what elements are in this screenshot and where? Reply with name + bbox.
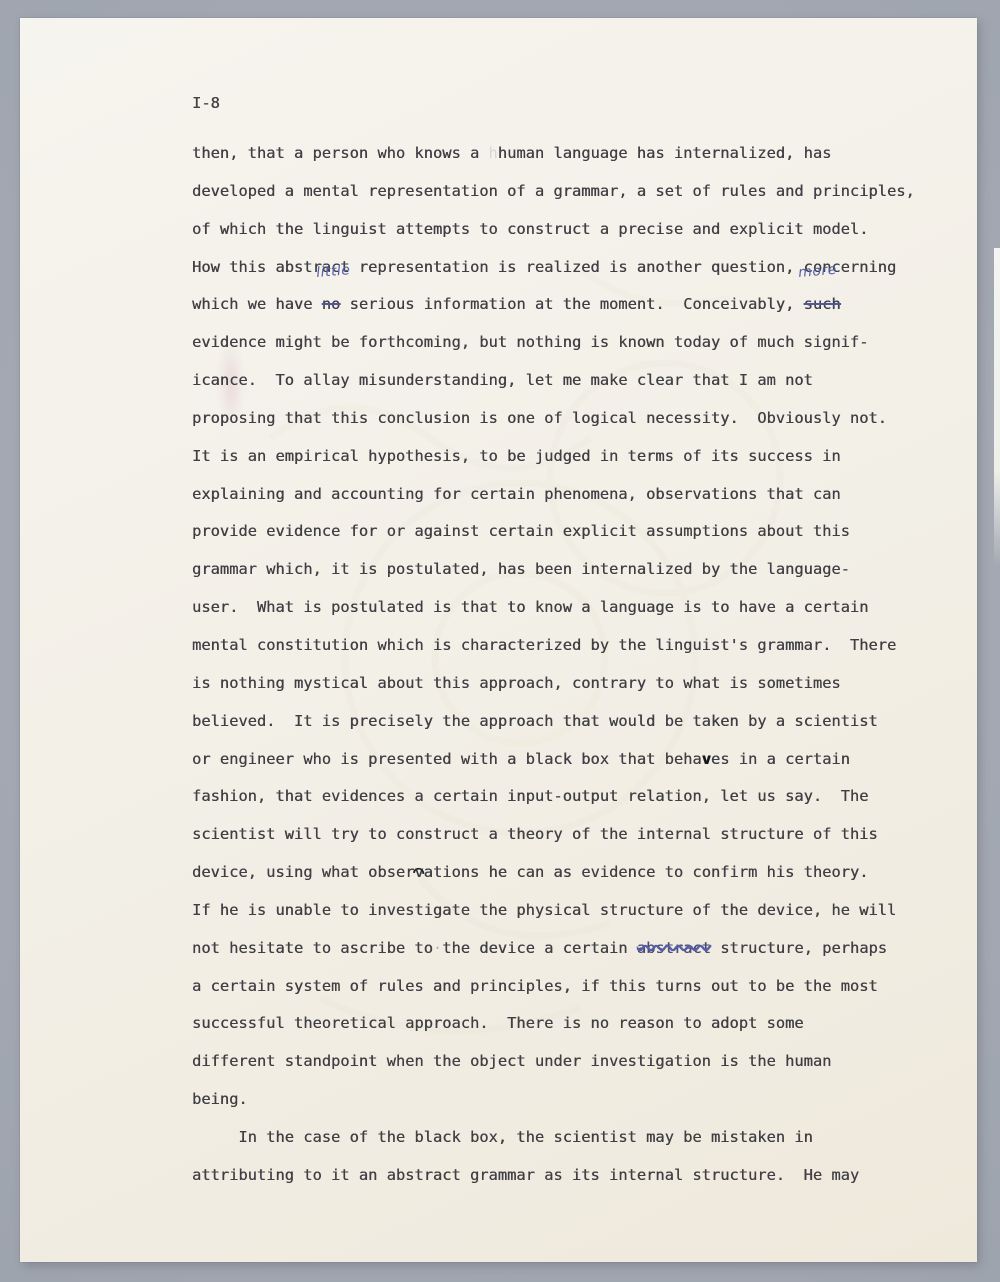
text-run: explaining and accounting for certain ph… bbox=[192, 485, 841, 503]
text-run: device, using what obser bbox=[192, 863, 414, 881]
text-line: device, using what observa◠tions he can … bbox=[192, 854, 962, 892]
text-line: being. bbox=[192, 1081, 962, 1119]
text-run: provide evidence for or against certain … bbox=[192, 522, 850, 540]
text-run: mental constitution which is characteriz… bbox=[192, 636, 896, 654]
text-line: is nothing mystical about this approach,… bbox=[192, 665, 962, 703]
text-line: scientist will try to construct a theory… bbox=[192, 816, 962, 854]
page-number: I-8 bbox=[192, 94, 220, 112]
text-line: of which the linguist attempts to constr… bbox=[192, 211, 962, 249]
text-line: icance. To allay misunderstanding, let m… bbox=[192, 362, 962, 400]
text-run: In the case of the black box, the scient… bbox=[192, 1128, 813, 1146]
text-run: proposing that this conclusion is one of… bbox=[192, 409, 887, 427]
text-run: evidence might be forthcoming, but nothi… bbox=[192, 333, 868, 351]
text-line: explaining and accounting for certain ph… bbox=[192, 476, 962, 514]
text-line: or engineer who is presented with a blac… bbox=[192, 741, 962, 779]
text-line: grammar which, it is postulated, has bee… bbox=[192, 551, 962, 589]
text-run: user. What is postulated is that to know… bbox=[192, 598, 868, 616]
text-run: being. bbox=[192, 1090, 248, 1108]
text-line: successful theoretical approach. There i… bbox=[192, 1005, 962, 1043]
text-line: How this abstract representation is real… bbox=[192, 249, 962, 287]
text-run: va◠ bbox=[414, 863, 433, 881]
scanner-background: I-8 then, that a person who knows a hhum… bbox=[0, 0, 1000, 1282]
text-run: scientist will try to construct a theory… bbox=[192, 825, 878, 843]
text-run: grammar which, it is postulated, has bee… bbox=[192, 560, 850, 578]
text-run: then, that a person who knows a bbox=[192, 144, 479, 162]
text-line: different standpoint when the object und… bbox=[192, 1043, 962, 1081]
struck-word: nolittle bbox=[322, 295, 341, 313]
text-run: not hesitate to ascribe to bbox=[192, 939, 433, 957]
text-line: In the case of the black box, the scient… bbox=[192, 1119, 962, 1157]
text-line: believed. It is precisely the approach t… bbox=[192, 703, 962, 741]
adjacent-page-edge bbox=[994, 248, 1000, 566]
text-run: It is an empirical hypothesis, to be jud… bbox=[192, 447, 841, 465]
text-run: If he is unable to investigate the physi… bbox=[192, 901, 896, 919]
text-run: human language has internalized, has bbox=[498, 144, 832, 162]
text-run: or engineer who is presented with a blac… bbox=[192, 750, 702, 768]
text-run: believed. It is precisely the approach t… bbox=[192, 712, 878, 730]
text-line: evidence might be forthcoming, but nothi… bbox=[192, 324, 962, 362]
text-run: is nothing mystical about this approach,… bbox=[192, 674, 841, 692]
text-run: structure, perhaps bbox=[711, 939, 887, 957]
text-run: of which the linguist attempts to constr… bbox=[192, 220, 868, 238]
text-run: which we have bbox=[192, 295, 322, 313]
handwritten-insertion: little bbox=[314, 252, 351, 293]
text-run: a certain system of rules and principles… bbox=[192, 977, 878, 995]
text-line: user. What is postulated is that to know… bbox=[192, 589, 962, 627]
text-run: successful theoretical approach. There i… bbox=[192, 1014, 804, 1032]
text-line: provide evidence for or against certain … bbox=[192, 513, 962, 551]
scribbled-word: abstract bbox=[637, 939, 711, 957]
text-run: icance. To allay misunderstanding, let m… bbox=[192, 371, 813, 389]
text-line: fashion, that evidences a certain input-… bbox=[192, 778, 962, 816]
text-line: not hesitate to ascribe to·the device a … bbox=[192, 930, 962, 968]
text-block: then, that a person who knows a hhuman l… bbox=[192, 135, 962, 1195]
correction-mark-icon: ◠ bbox=[411, 854, 426, 893]
text-run: es in a certain bbox=[711, 750, 850, 768]
text-line: which we have nolittle serious informati… bbox=[192, 286, 962, 324]
text-run: How this abstract representation is real… bbox=[192, 258, 896, 276]
text-line: If he is unable to investigate the physi… bbox=[192, 892, 962, 930]
text-run: different standpoint when the object und… bbox=[192, 1052, 831, 1070]
handwritten-insertion: more bbox=[796, 251, 838, 292]
text-run: the device a certain bbox=[442, 939, 637, 957]
text-run: serious information at the moment. Conce… bbox=[340, 295, 803, 313]
text-run: fashion, that evidences a certain input-… bbox=[192, 787, 868, 805]
struck-word: suchmore bbox=[804, 295, 841, 313]
text-line: developed a mental representation of a g… bbox=[192, 173, 962, 211]
ink-dot-artifact: · bbox=[433, 939, 442, 957]
text-line: mental constitution which is characteriz… bbox=[192, 627, 962, 665]
text-run: developed a mental representation of a g… bbox=[192, 182, 915, 200]
text-run: tions he can as evidence to confirm his … bbox=[433, 863, 869, 881]
ghost-character: h bbox=[479, 144, 498, 162]
text-line: a certain system of rules and principles… bbox=[192, 968, 962, 1006]
paper-sheet: I-8 then, that a person who knows a hhum… bbox=[20, 18, 977, 1262]
text-line: attributing to it an abstract grammar as… bbox=[192, 1157, 962, 1195]
bold-overstrike: v bbox=[702, 750, 711, 768]
text-line: It is an empirical hypothesis, to be jud… bbox=[192, 438, 962, 476]
text-run: attributing to it an abstract grammar as… bbox=[192, 1166, 859, 1184]
text-line: proposing that this conclusion is one of… bbox=[192, 400, 962, 438]
text-line: then, that a person who knows a hhuman l… bbox=[192, 135, 962, 173]
